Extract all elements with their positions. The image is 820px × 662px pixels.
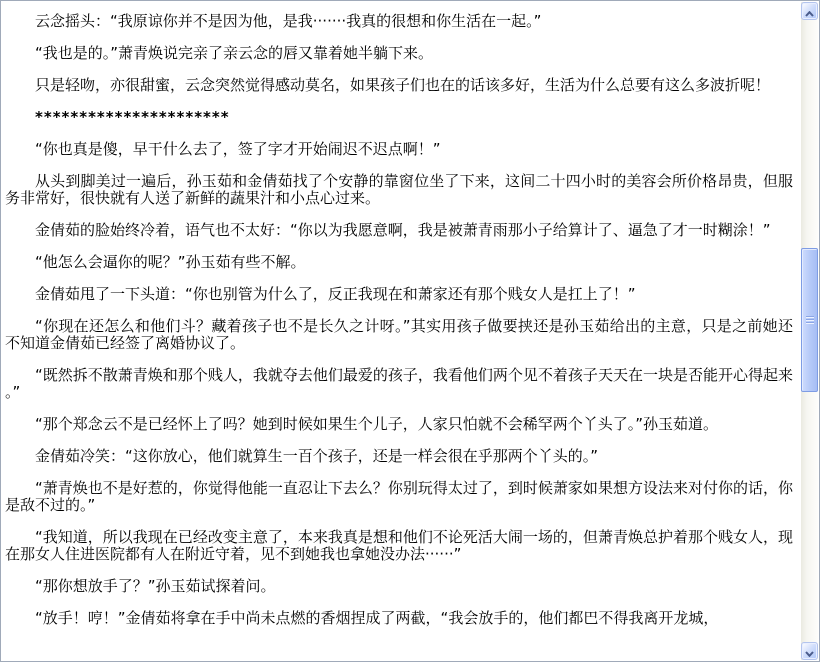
chevron-down-icon [805, 642, 814, 661]
section-separator: ********************** [5, 109, 793, 126]
paragraph: “我也是的。”萧青焕说完亲了亲云念的唇又靠着她半躺下来。 [5, 45, 793, 62]
text-reader-window: 云念摇头：“我原谅你并不是因为他，是我·······我真的很想和你生活在一起。”… [0, 0, 820, 662]
paragraph: “萧青焕也不是好惹的，你觉得他能一直忍让下去么？你别玩得太过了，到时候萧家如果想… [5, 480, 793, 514]
novel-text-content: 云念摇头：“我原谅你并不是因为他，是我·······我真的很想和你生活在一起。”… [2, 1, 801, 660]
paragraph: 只是轻吻，亦很甜蜜，云念突然觉得感动莫名，如果孩子们也在的话该多好，生活为什么总… [5, 77, 793, 94]
paragraph: “我知道，所以我现在已经改变主意了，本来我真是想和他们不论死活大闹一场的，但萧青… [5, 529, 793, 563]
paragraph: 云念摇头：“我原谅你并不是因为他，是我·······我真的很想和你生活在一起。” [5, 13, 793, 30]
paragraph: “你现在还怎么和他们斗？藏着孩子也不是长久之计呀。”其实用孩子做要挟还是孙玉茹给… [5, 318, 793, 352]
scroll-down-button[interactable] [801, 642, 818, 660]
paragraph: “那你想放手了？”孙玉茹试探着问。 [5, 578, 793, 595]
scrollbar-thumb[interactable] [801, 248, 818, 392]
paragraph: “那个郑念云不是已经怀上了吗？她到时候如果生个儿子，人家只怕就不会稀罕两个丫头了… [5, 416, 793, 433]
paragraph: “你也真是傻，早干什么去了，签了字才开始闹迟不迟点啊！” [5, 141, 793, 158]
scrollbar-track[interactable] [801, 20, 818, 642]
scroll-up-button[interactable] [801, 2, 818, 20]
paragraph: 金倩茹甩了一下头道：“你也别管为什么了，反正我现在和萧家还有那个贱女人是扛上了！… [5, 286, 793, 303]
paragraph: “既然拆不散萧青焕和那个贱人，我就夺去他们最爱的孩子，我看他们两个见不着孩子天天… [5, 367, 793, 401]
thumb-grip-icon [806, 316, 814, 325]
paragraph: “他怎么会逼你的呢？”孙玉茹有些不解。 [5, 254, 793, 271]
chevron-up-icon [805, 2, 814, 21]
vertical-scrollbar[interactable] [801, 2, 818, 660]
paragraph: “放手！哼！”金倩茹将拿在手中尚未点燃的香烟捏成了两截，“我会放手的，他们都巴不… [5, 610, 793, 627]
paragraph: 金倩茹的脸始终冷着，语气也不太好：“你以为我愿意啊，我是被萧青雨那小子给算计了、… [5, 222, 793, 239]
paragraph: 从头到脚美过一遍后，孙玉茹和金倩茹找了个安静的靠窗位坐了下来，这间二十四小时的美… [5, 173, 793, 207]
paragraph: 金倩茹冷笑：“这你放心，他们就算生一百个孩子，还是一样会很在乎那两个丫头的。” [5, 448, 793, 465]
